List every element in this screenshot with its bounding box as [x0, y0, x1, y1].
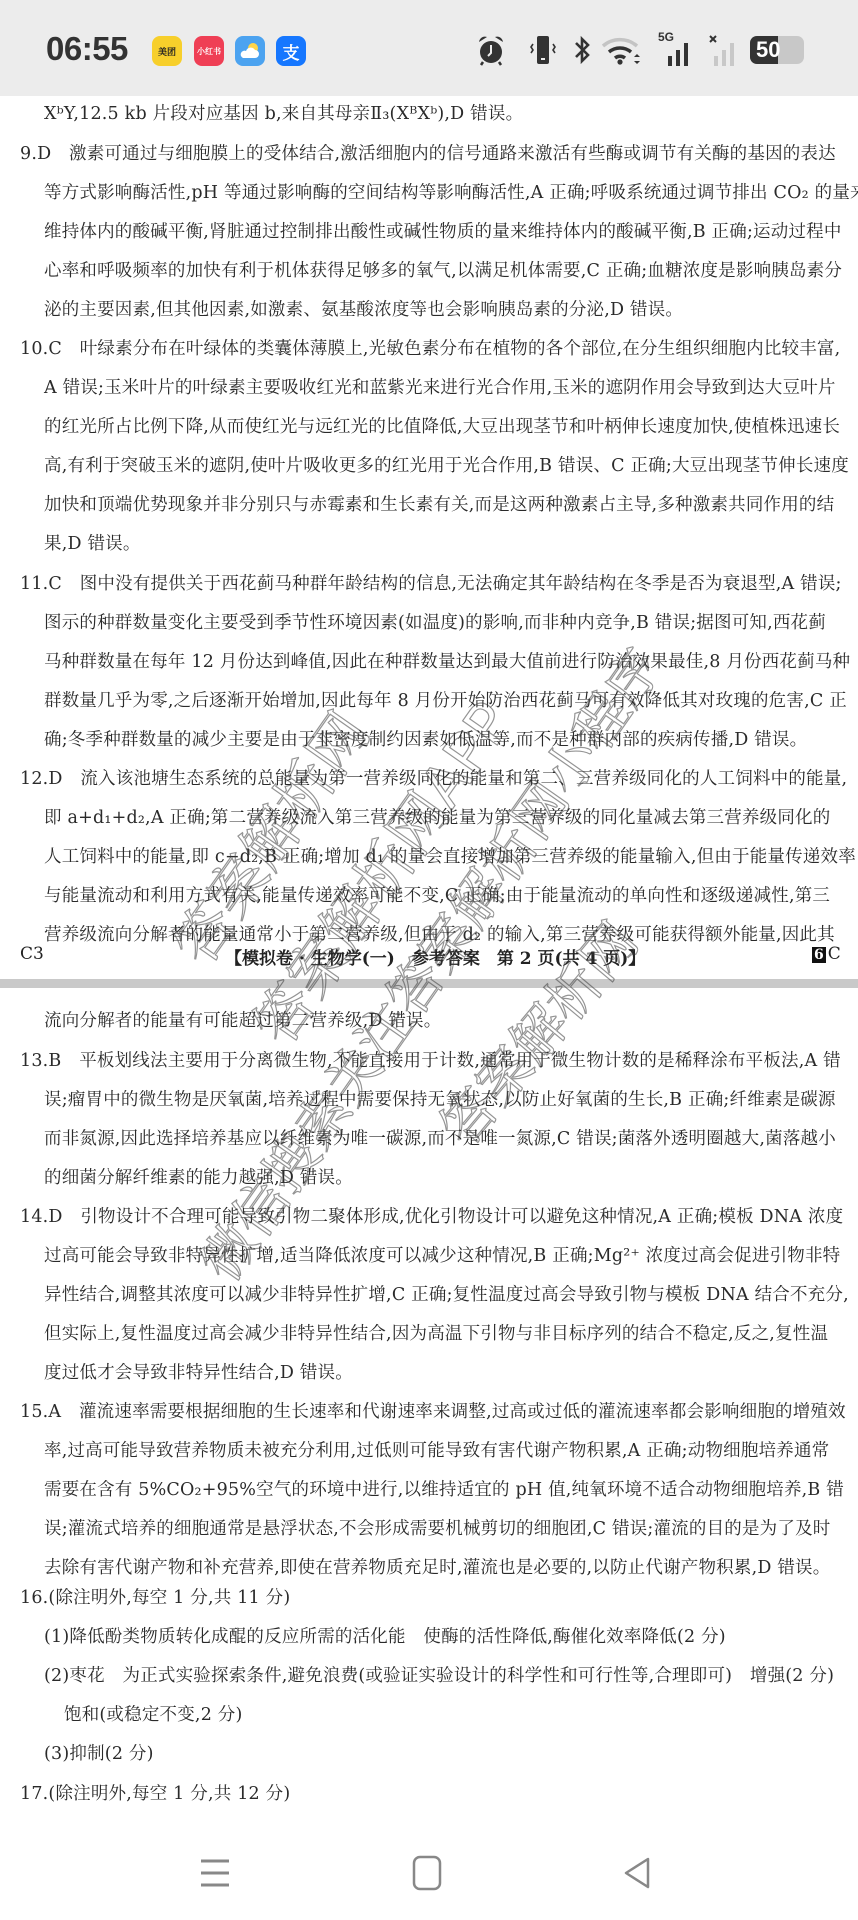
page-badge: 6	[812, 947, 826, 963]
cloud-sun-icon	[239, 42, 261, 60]
battery-level: 50	[756, 36, 780, 64]
text-line: 但实际上,复性温度过高会减少非特异性结合,因为高温下引物与非目标序列的结合不稳定…	[44, 1320, 828, 1345]
text-line: 图示的种群数量变化主要受到季节性环境因素(如温度)的影响,而非种内竞争,B 错误…	[44, 609, 826, 634]
answer-13-line: 13.B 平板划线法主要用于分离微生物,不能直接用于计数,通常用于微生物计数的是…	[20, 1047, 841, 1072]
text-line: 误;灌流式培养的细胞通常是悬浮状态,不会形成需要机械剪切的细胞团,C 错误;灌流…	[44, 1515, 830, 1540]
text-line: 维持体内的酸碱平衡,肾脏通过控制排出酸性或碱性物质的量来维持体内的酸碱平衡,B …	[44, 218, 842, 243]
text-line: 马种群数量在每年 12 月份达到峰值,因此在种群数量达到最大值前进行防治效果最佳…	[44, 648, 850, 673]
alarm-icon	[476, 34, 506, 66]
footer-code-right: 6C	[812, 944, 841, 964]
text-line: 的细菌分解纤维素的能力越强,D 错误。	[44, 1164, 353, 1189]
text-line: 异性结合,调整其浓度可以减少非特异性扩增,C 正确;复性温度过高会导致引物与模板…	[44, 1281, 849, 1306]
xiaohongshu-label: 小红书	[197, 46, 221, 57]
bluetooth-icon	[572, 34, 592, 66]
vibrate-icon	[528, 34, 558, 66]
back-button[interactable]	[622, 1856, 652, 1890]
text-line: 流向分解者的能量有可能超过第二营养级,D 错误。	[44, 1007, 441, 1032]
answer-9-line: 9.D 激素可通过与细胞膜上的受体结合,激活细胞内的信号通路来激活有些酶或调节有…	[20, 140, 836, 165]
status-bar: 06:55 美团 小红书 支	[0, 0, 858, 96]
text-line: 过高可能会导致非特异性扩增,适当降低浓度可以减少这种情况,B 正确;Mg²⁺ 浓…	[44, 1242, 840, 1267]
footer-code-left: C3	[20, 944, 44, 964]
footer-right-letter: C	[828, 944, 841, 964]
answer-12-line: 12.D 流入该池塘生态系统的总能量为第一营养级同化的能量和第二、三营养级同化的…	[20, 765, 847, 790]
text-line: 加快和顶端优势现象并非分别只与赤霉素和生长素有关,而是这两种激素占主导,多种激素…	[44, 491, 834, 516]
text-line: 去除有害代谢产物和补充营养,即使在营养物质充足时,灌流也是必要的,以防止代谢产物…	[44, 1554, 830, 1579]
text-line: 率,过高可能导致营养物质未被充分利用,过低则可能导致有害代谢产物积累,A 正确;…	[44, 1437, 829, 1462]
text-line: 营养级流向分解者的能量通常小于第二营养级,但由于 d₂ 的输入,第三营养级可能获…	[44, 921, 835, 946]
answer-16-part-3: (3)抑制(2 分)	[44, 1740, 154, 1765]
signal-no-sim-icon	[708, 34, 748, 68]
text-line: 等方式影响酶活性,pH 等通过影响酶的空间结构等影响酶活性,A 正确;呼吸系统通…	[44, 179, 858, 204]
text-line: A 错误;玉米叶片的叶绿素主要吸收红光和蓝紫光来进行光合作用,玉米的遮阴作用会导…	[44, 374, 836, 399]
answer-16-part-1: (1)降低酚类物质转化成醌的反应所需的活化能 使酶的活性降低,酶催化效率降低(2…	[44, 1623, 726, 1648]
battery-indicator: 50	[750, 36, 804, 64]
text-line: 群数量几乎为零,之后逐渐开始增加,因此每年 8 月份开始防治西花蓟马可有效降低其…	[44, 687, 847, 712]
text-line: 高,有利于突破玉米的遮阴,使叶片吸收更多的红光用于光合作用,B 错误、C 正确;…	[44, 452, 849, 477]
clock: 06:55	[46, 30, 128, 68]
home-button[interactable]	[412, 1855, 442, 1891]
meituan-app-icon: 美团	[152, 36, 182, 66]
meituan-label: 美团	[158, 45, 176, 58]
navigation-bar	[0, 1820, 858, 1920]
text-line: 误;瘤胃中的微生物是厌氧菌,培养过程中需要保持无氧状态,以防止好氧菌的生长,B …	[44, 1086, 836, 1111]
alipay-label: 支	[283, 39, 300, 64]
answer-17-header: 17.(除注明外,每空 1 分,共 12 分)	[20, 1780, 290, 1805]
answer-16-part-2: (2)枣花 为正式实验探索条件,避免浪费(或验证实验设计的科学性和可行性等,合理…	[44, 1662, 834, 1687]
answer-10-line: 10.C 叶绿素分布在叶绿体的类囊体薄膜上,光敏色素分布在植物的各个部位,在分生…	[20, 335, 840, 360]
text-line: 果,D 错误。	[44, 530, 141, 555]
answer-15-line: 15.A 灌流速率需要根据细胞的生长速率和代谢速率来调整,过高或过低的灌流速率都…	[20, 1398, 846, 1423]
text-line: 需要在含有 5%CO₂+95%空气的环境中进行,以维持适宜的 pH 值,纯氧环境…	[44, 1476, 844, 1501]
text-line: 人工饲料中的能量,即 c−d₂,B 正确;增加 d₁ 的量会直接增加第三营养级的…	[44, 843, 856, 868]
page-footer-title: 【模拟卷 · 生物学(一) 参考答案 第 2 页(共 4 页)】	[225, 944, 645, 969]
signal-5g-icon	[658, 34, 698, 68]
text-line: 确;冬季种群数量的减少主要是由于非密度制约因素如低温等,而不是种群内部的疾病传播…	[44, 726, 807, 751]
xiaohongshu-app-icon: 小红书	[194, 36, 224, 66]
weather-app-icon	[235, 36, 265, 66]
text-line: 泌的主要因素,但其他因素,如激素、氨基酸浓度等也会影响胰岛素的分泌,D 错误。	[44, 296, 683, 321]
text-line: 心率和呼吸频率的加快有利于机体获得足够多的氧气,以满足机体需要,C 正确;血糖浓…	[44, 257, 842, 282]
answer-16-header: 16.(除注明外,每空 1 分,共 11 分)	[20, 1584, 290, 1609]
text-line: XᵇY,12.5 kb 片段对应基因 b,来自其母亲Ⅱ₃(XᴮXᵇ),D 错误。	[44, 100, 523, 125]
answer-14-line: 14.D 引物设计不合理可能导致引物二聚体形成,优化引物设计可以避免这种情况,A…	[20, 1203, 843, 1228]
text-line: 度过低才会导致非特异性结合,D 错误。	[44, 1359, 353, 1384]
wifi-icon	[600, 34, 644, 66]
recent-apps-button[interactable]	[198, 1858, 232, 1888]
page-separator	[0, 979, 858, 988]
text-line: 饱和(或稳定不变,2 分)	[64, 1701, 243, 1726]
alipay-app-icon: 支	[276, 36, 306, 66]
text-line: 的红光所占比例下降,从而使红光与远红光的比值降低,大豆出现茎节和叶柄伸长速度加快…	[44, 413, 840, 438]
text-line: 即 a+d₁+d₂,A 正确;第二营养级流入第三营养级的能量为第三营养级的同化量…	[44, 804, 830, 829]
text-line: 与能量流动和利用方式有关,能量传递效率可能不变,C 正确;由于能量流动的单向性和…	[44, 882, 830, 907]
answer-11-line: 11.C 图中没有提供关于西花蓟马种群年龄结构的信息,无法确定其年龄结构在冬季是…	[20, 570, 842, 595]
text-line: 而非氮源,因此选择培养基应以纤维素为唯一碳源,而不是唯一氮源,C 错误;菌落外透…	[44, 1125, 836, 1150]
